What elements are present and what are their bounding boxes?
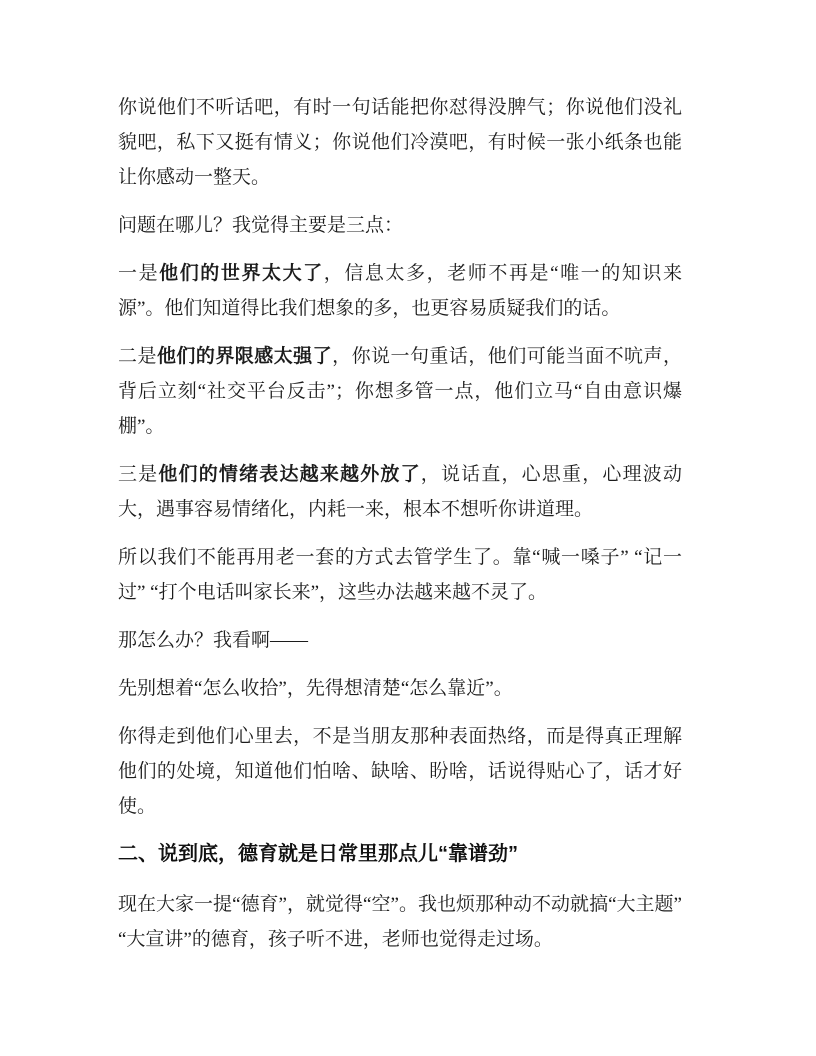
text-run: 所以我们不能再用老一套的方式去管学生了。靠“喊一嗓子” “记一过” “打个电话叫…	[118, 547, 682, 603]
text-run: 一是	[118, 263, 159, 284]
text-run: 二是	[118, 346, 157, 367]
paragraph: 一是他们的世界太大了，信息太多，老师不再是“唯一的知识来源”。他们知道得比我们想…	[118, 256, 682, 326]
bold-run: 他们的世界太大了	[159, 263, 324, 284]
text-run: 先别想着“怎么收拾”，先得想清楚“怎么靠近”。	[118, 678, 513, 699]
paragraph: 问题在哪儿？我觉得主要是三点：	[118, 208, 682, 243]
paragraph: 先别想着“怎么收拾”，先得想清楚“怎么靠近”。	[118, 671, 682, 706]
bold-run: 他们的情绪表达越来越外放了	[158, 464, 420, 485]
bold-run: 他们的界限感太强了	[157, 346, 332, 367]
text-run: 你得走到他们心里去，不是当朋友那种表面热络，而是得真正理解他们的处境，知道他们怕…	[118, 726, 682, 817]
document-page: 你说他们不听话吧，有时一句话能把你怼得没脾气；你说他们没礼貌吧，私下又挺有情义；…	[0, 0, 816, 1056]
text-run: 三是	[118, 464, 158, 485]
paragraph: 你说他们不听话吧，有时一句话能把你怼得没脾气；你说他们没礼貌吧，私下又挺有情义；…	[118, 90, 682, 195]
text-run: 现在大家一提“德育”，就觉得“空”。我也烦那种动不动就搞“大主题” “大宣讲”的…	[118, 894, 682, 950]
bold-run: 二、说到底，德育就是日常里那点儿“靠谱劲”	[118, 843, 518, 865]
section-heading: 二、说到底，德育就是日常里那点儿“靠谱劲”	[118, 837, 682, 872]
paragraph: 所以我们不能再用老一套的方式去管学生了。靠“喊一嗓子” “记一过” “打个电话叫…	[118, 540, 682, 610]
paragraph: 你得走到他们心里去，不是当朋友那种表面热络，而是得真正理解他们的处境，知道他们怕…	[118, 719, 682, 824]
text-run: 你说他们不听话吧，有时一句话能把你怼得没脾气；你说他们没礼貌吧，私下又挺有情义；…	[118, 97, 682, 188]
text-run: 问题在哪儿？我觉得主要是三点：	[118, 215, 403, 236]
paragraph: 现在大家一提“德育”，就觉得“空”。我也烦那种动不动就搞“大主题” “大宣讲”的…	[118, 887, 682, 957]
paragraph: 三是他们的情绪表达越来越外放了，说话直，心思重，心理波动大，遇事容易情绪化，内耗…	[118, 457, 682, 527]
paragraph: 那怎么办？我看啊——	[118, 623, 682, 658]
paragraph: 二是他们的界限感太强了，你说一句重话，他们可能当面不吭声，背后立刻“社交平台反击…	[118, 339, 682, 444]
text-run: 那怎么办？我看啊——	[118, 630, 308, 651]
